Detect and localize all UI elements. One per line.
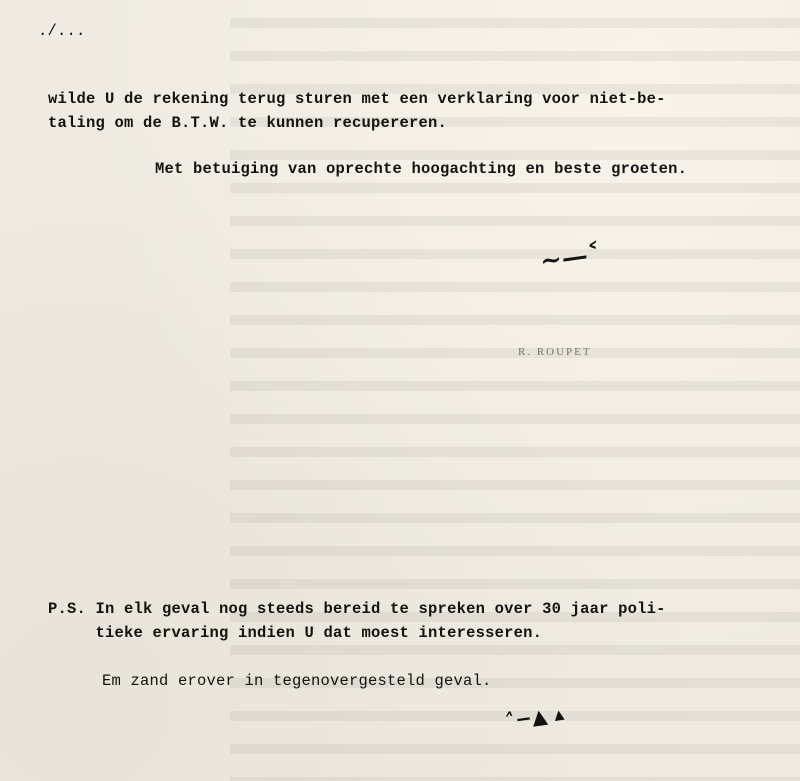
continuation-mark: ./...	[38, 22, 86, 40]
ps-final-line: Em zand erover in tegenovergesteld geval…	[102, 672, 492, 690]
body-line-1: wilde U de rekening terug sturen met een…	[48, 90, 666, 108]
ps-line-2: tieke ervaring indien U dat moest intere…	[48, 624, 542, 642]
closing-line: Met betuiging van oprechte hoogachting e…	[155, 160, 687, 178]
body-line-2: taling om de B.T.W. te kunnen recuperere…	[48, 114, 447, 132]
ps-line-1: P.S. In elk geval nog steeds bereid te s…	[48, 600, 666, 618]
signatory-name: R. ROUPET	[518, 346, 592, 358]
